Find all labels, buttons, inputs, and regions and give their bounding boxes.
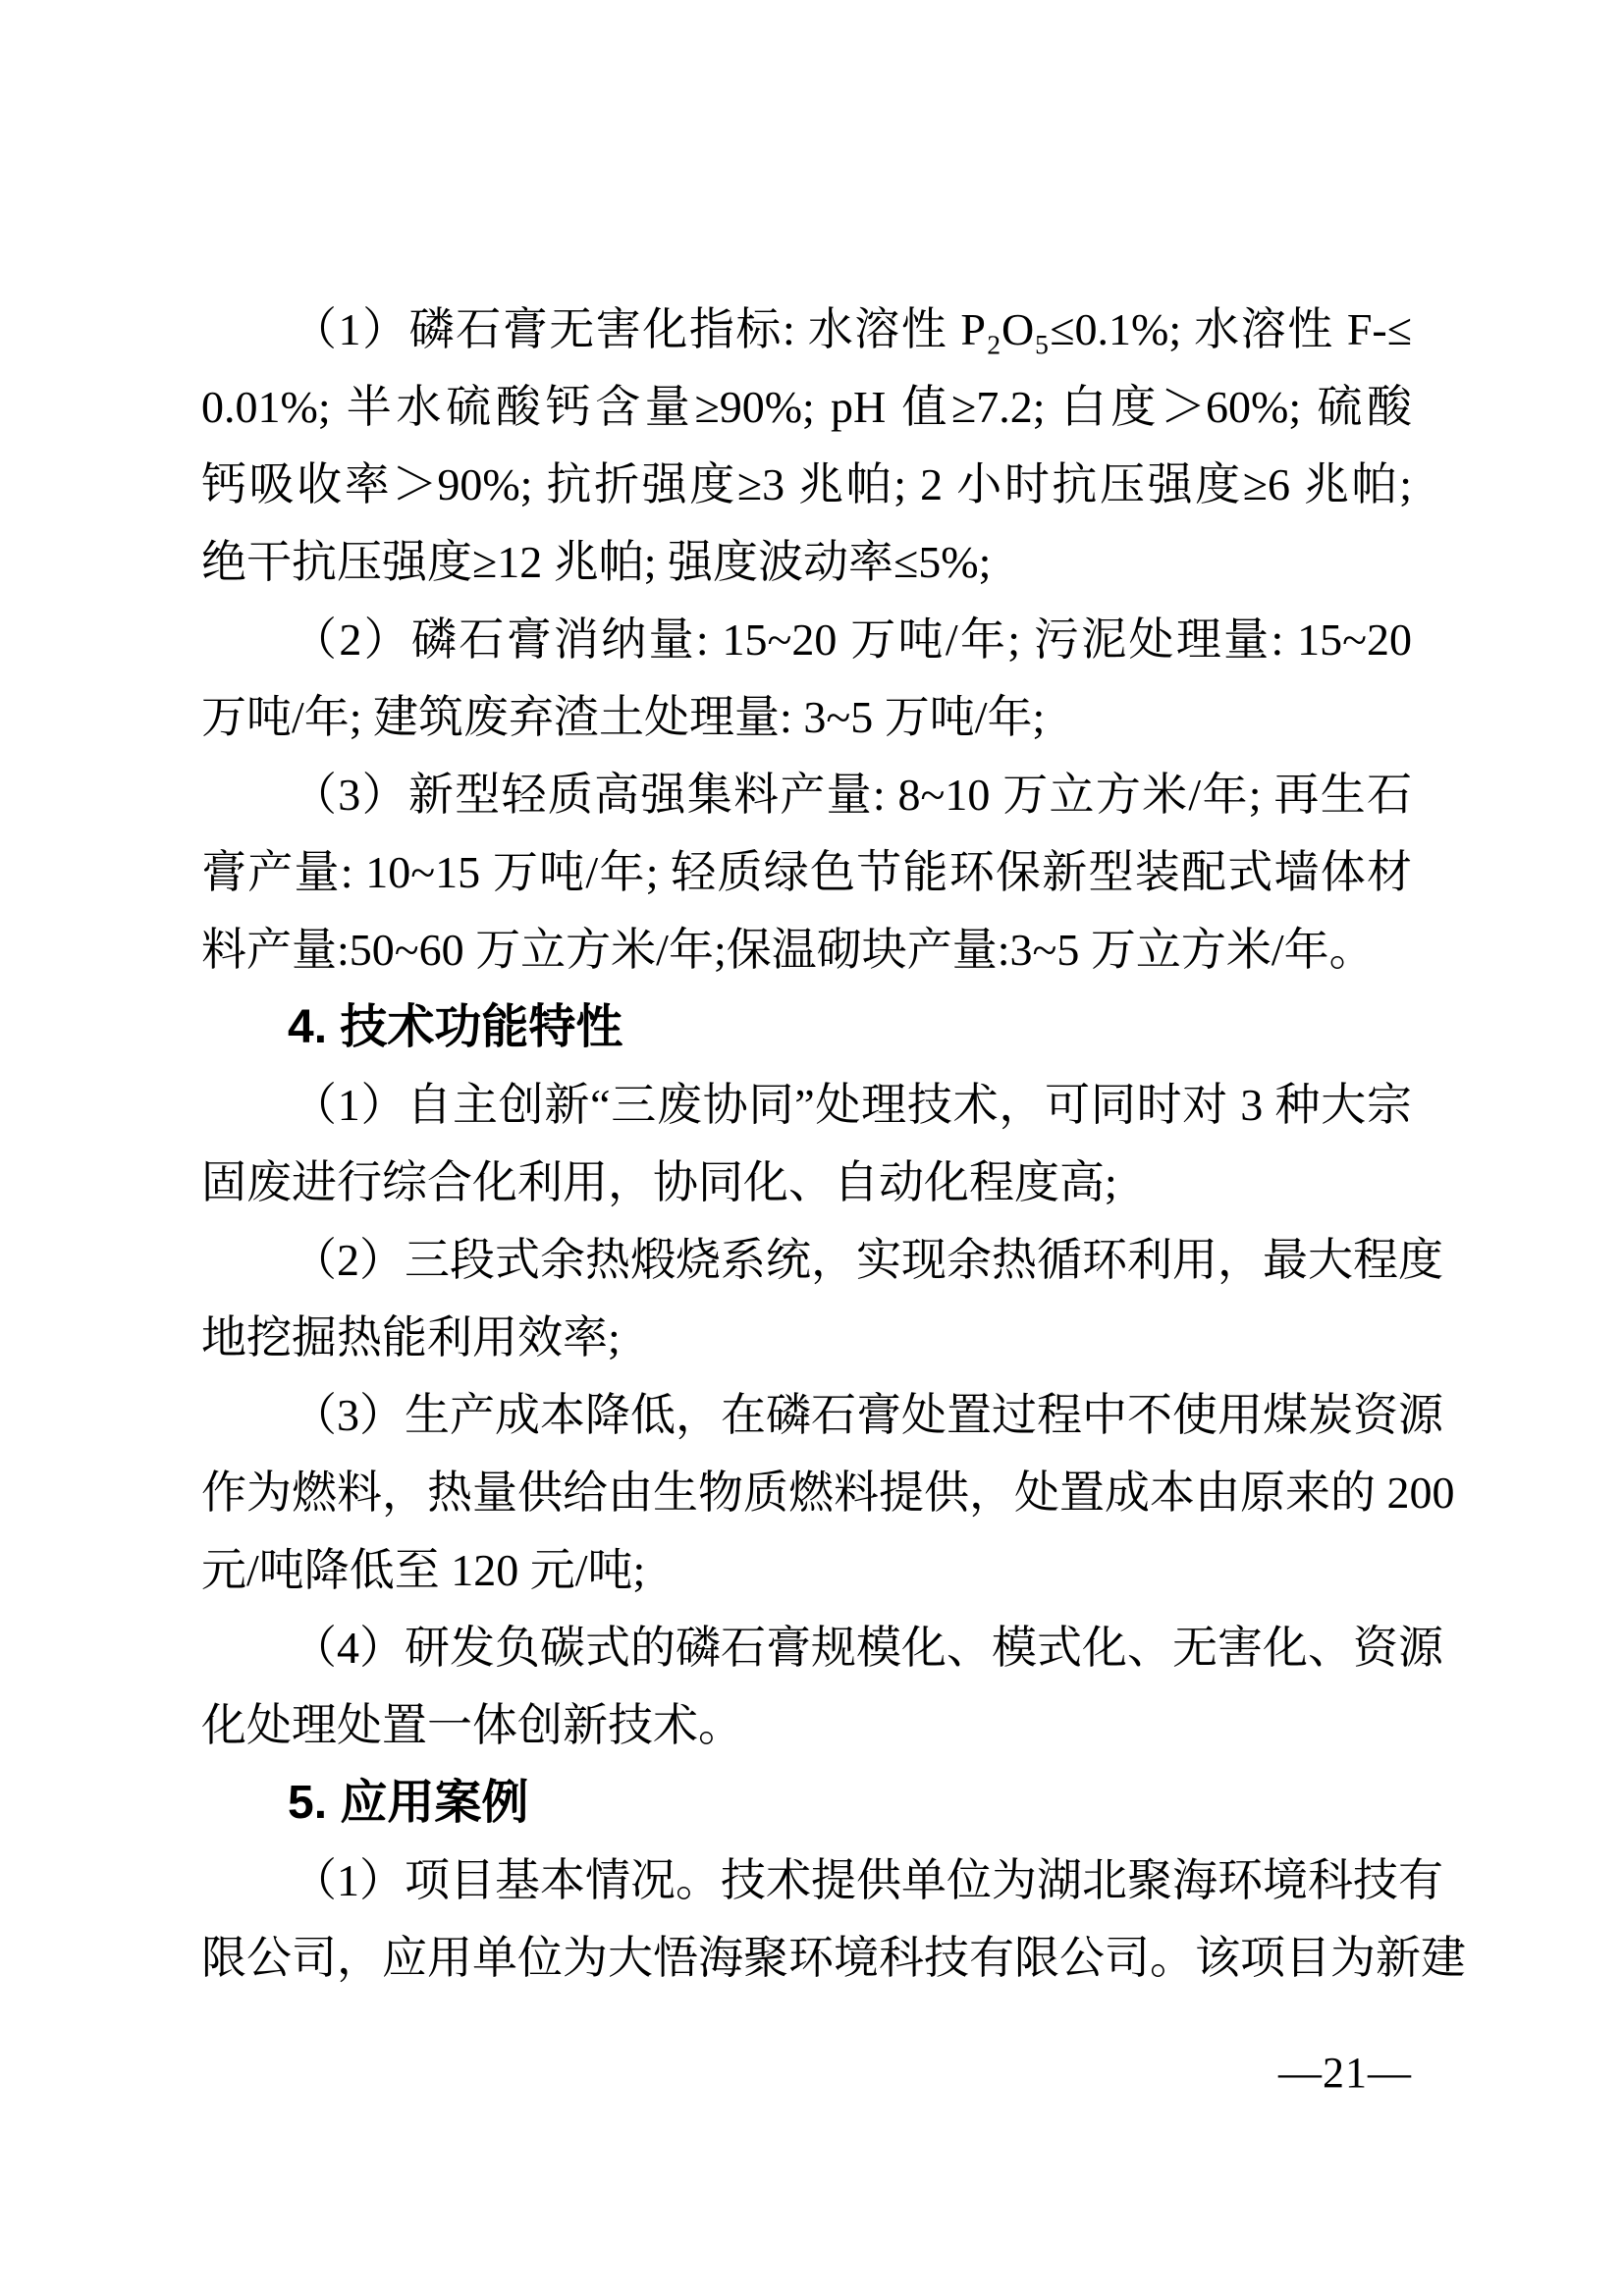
text-line: 固废进行综合化利用，协同化、自动化程度高; xyxy=(201,1144,1412,1221)
heading-line: 4. 技术功能特性 xyxy=(201,988,1412,1066)
document-content: （1）磷石膏无害化指标: 水溶性 P₂O₅≤0.1%; 水溶性 F-≤0.01%… xyxy=(201,291,1412,1997)
text-line: （1）磷石膏无害化指标: 水溶性 P₂O₅≤0.1%; 水溶性 F-≤ xyxy=(201,291,1412,368)
paragraph: （1）自主创新“三废协同”处理技术，可同时对 3 种大宗固废进行综合化利用，协同… xyxy=(201,1066,1412,1221)
text-line: 地挖掘热能利用效率; xyxy=(201,1299,1412,1376)
paragraph: （4）研发负碳式的磷石膏规模化、模式化、无害化、资源化处理处置一体创新技术。 xyxy=(201,1609,1412,1764)
paragraph: （2）磷石膏消纳量: 15~20 万吨/年; 污泥处理量: 15~20万吨/年;… xyxy=(201,601,1412,756)
text-line: 化处理处置一体创新技术。 xyxy=(201,1686,1412,1764)
text-line: 绝干抗压强度≥12 兆帕; 强度波动率≤5%; xyxy=(201,523,1412,601)
text-line: （4）研发负碳式的磷石膏规模化、模式化、无害化、资源 xyxy=(201,1609,1412,1686)
heading-line: 5. 应用案例 xyxy=(201,1764,1412,1842)
paragraph: （1）项目基本情况。技术提供单位为湖北聚海环境科技有限公司，应用单位为大悟海聚环… xyxy=(201,1842,1412,1997)
text-line: （3）生产成本降低，在磷石膏处置过程中不使用煤炭资源 xyxy=(201,1376,1412,1454)
paragraph: （3）生产成本降低，在磷石膏处置过程中不使用煤炭资源作为燃料，热量供给由生物质燃… xyxy=(201,1376,1412,1609)
paragraph: （2）三段式余热煅烧系统，实现余热循环利用，最大程度地挖掘热能利用效率; xyxy=(201,1221,1412,1376)
text-line: 元/吨降低至 120 元/吨; xyxy=(201,1531,1412,1609)
text-line: （2）三段式余热煅烧系统，实现余热循环利用，最大程度 xyxy=(201,1221,1412,1299)
text-line: （3）新型轻质高强集料产量: 8~10 万立方米/年; 再生石 xyxy=(201,756,1412,833)
text-line: 料产量:50~60 万立方米/年;保温砌块产量:3~5 万立方米/年。 xyxy=(201,911,1412,988)
paragraph: （3）新型轻质高强集料产量: 8~10 万立方米/年; 再生石膏产量: 10~1… xyxy=(201,756,1412,988)
document-page: （1）磷石膏无害化指标: 水溶性 P₂O₅≤0.1%; 水溶性 F-≤0.01%… xyxy=(0,0,1623,2296)
section-heading: 5. 应用案例 xyxy=(201,1764,1412,1842)
paragraph: （1）磷石膏无害化指标: 水溶性 P₂O₅≤0.1%; 水溶性 F-≤0.01%… xyxy=(201,291,1412,601)
text-line: （2）磷石膏消纳量: 15~20 万吨/年; 污泥处理量: 15~20 xyxy=(201,601,1412,678)
text-line: 作为燃料，热量供给由生物质燃料提供，处置成本由原来的 200 xyxy=(201,1454,1412,1531)
text-line: （1）项目基本情况。技术提供单位为湖北聚海环境科技有 xyxy=(201,1842,1412,1919)
section-heading: 4. 技术功能特性 xyxy=(201,988,1412,1066)
text-line: （1）自主创新“三废协同”处理技术，可同时对 3 种大宗 xyxy=(201,1066,1412,1144)
text-line: 0.01%; 半水硫酸钙含量≥90%; pH 值≥7.2; 白度＞60%; 硫酸 xyxy=(201,368,1412,446)
text-line: 钙吸收率＞90%; 抗折强度≥3 兆帕; 2 小时抗压强度≥6 兆帕; xyxy=(201,446,1412,523)
page-number: —21— xyxy=(201,2044,1412,2103)
text-line: 万吨/年; 建筑废弃渣土处理量: 3~5 万吨/年; xyxy=(201,678,1412,756)
text-line: 限公司，应用单位为大悟海聚环境科技有限公司。该项目为新建 xyxy=(201,1919,1412,1997)
text-line: 膏产量: 10~15 万吨/年; 轻质绿色节能环保新型装配式墙体材 xyxy=(201,833,1412,911)
